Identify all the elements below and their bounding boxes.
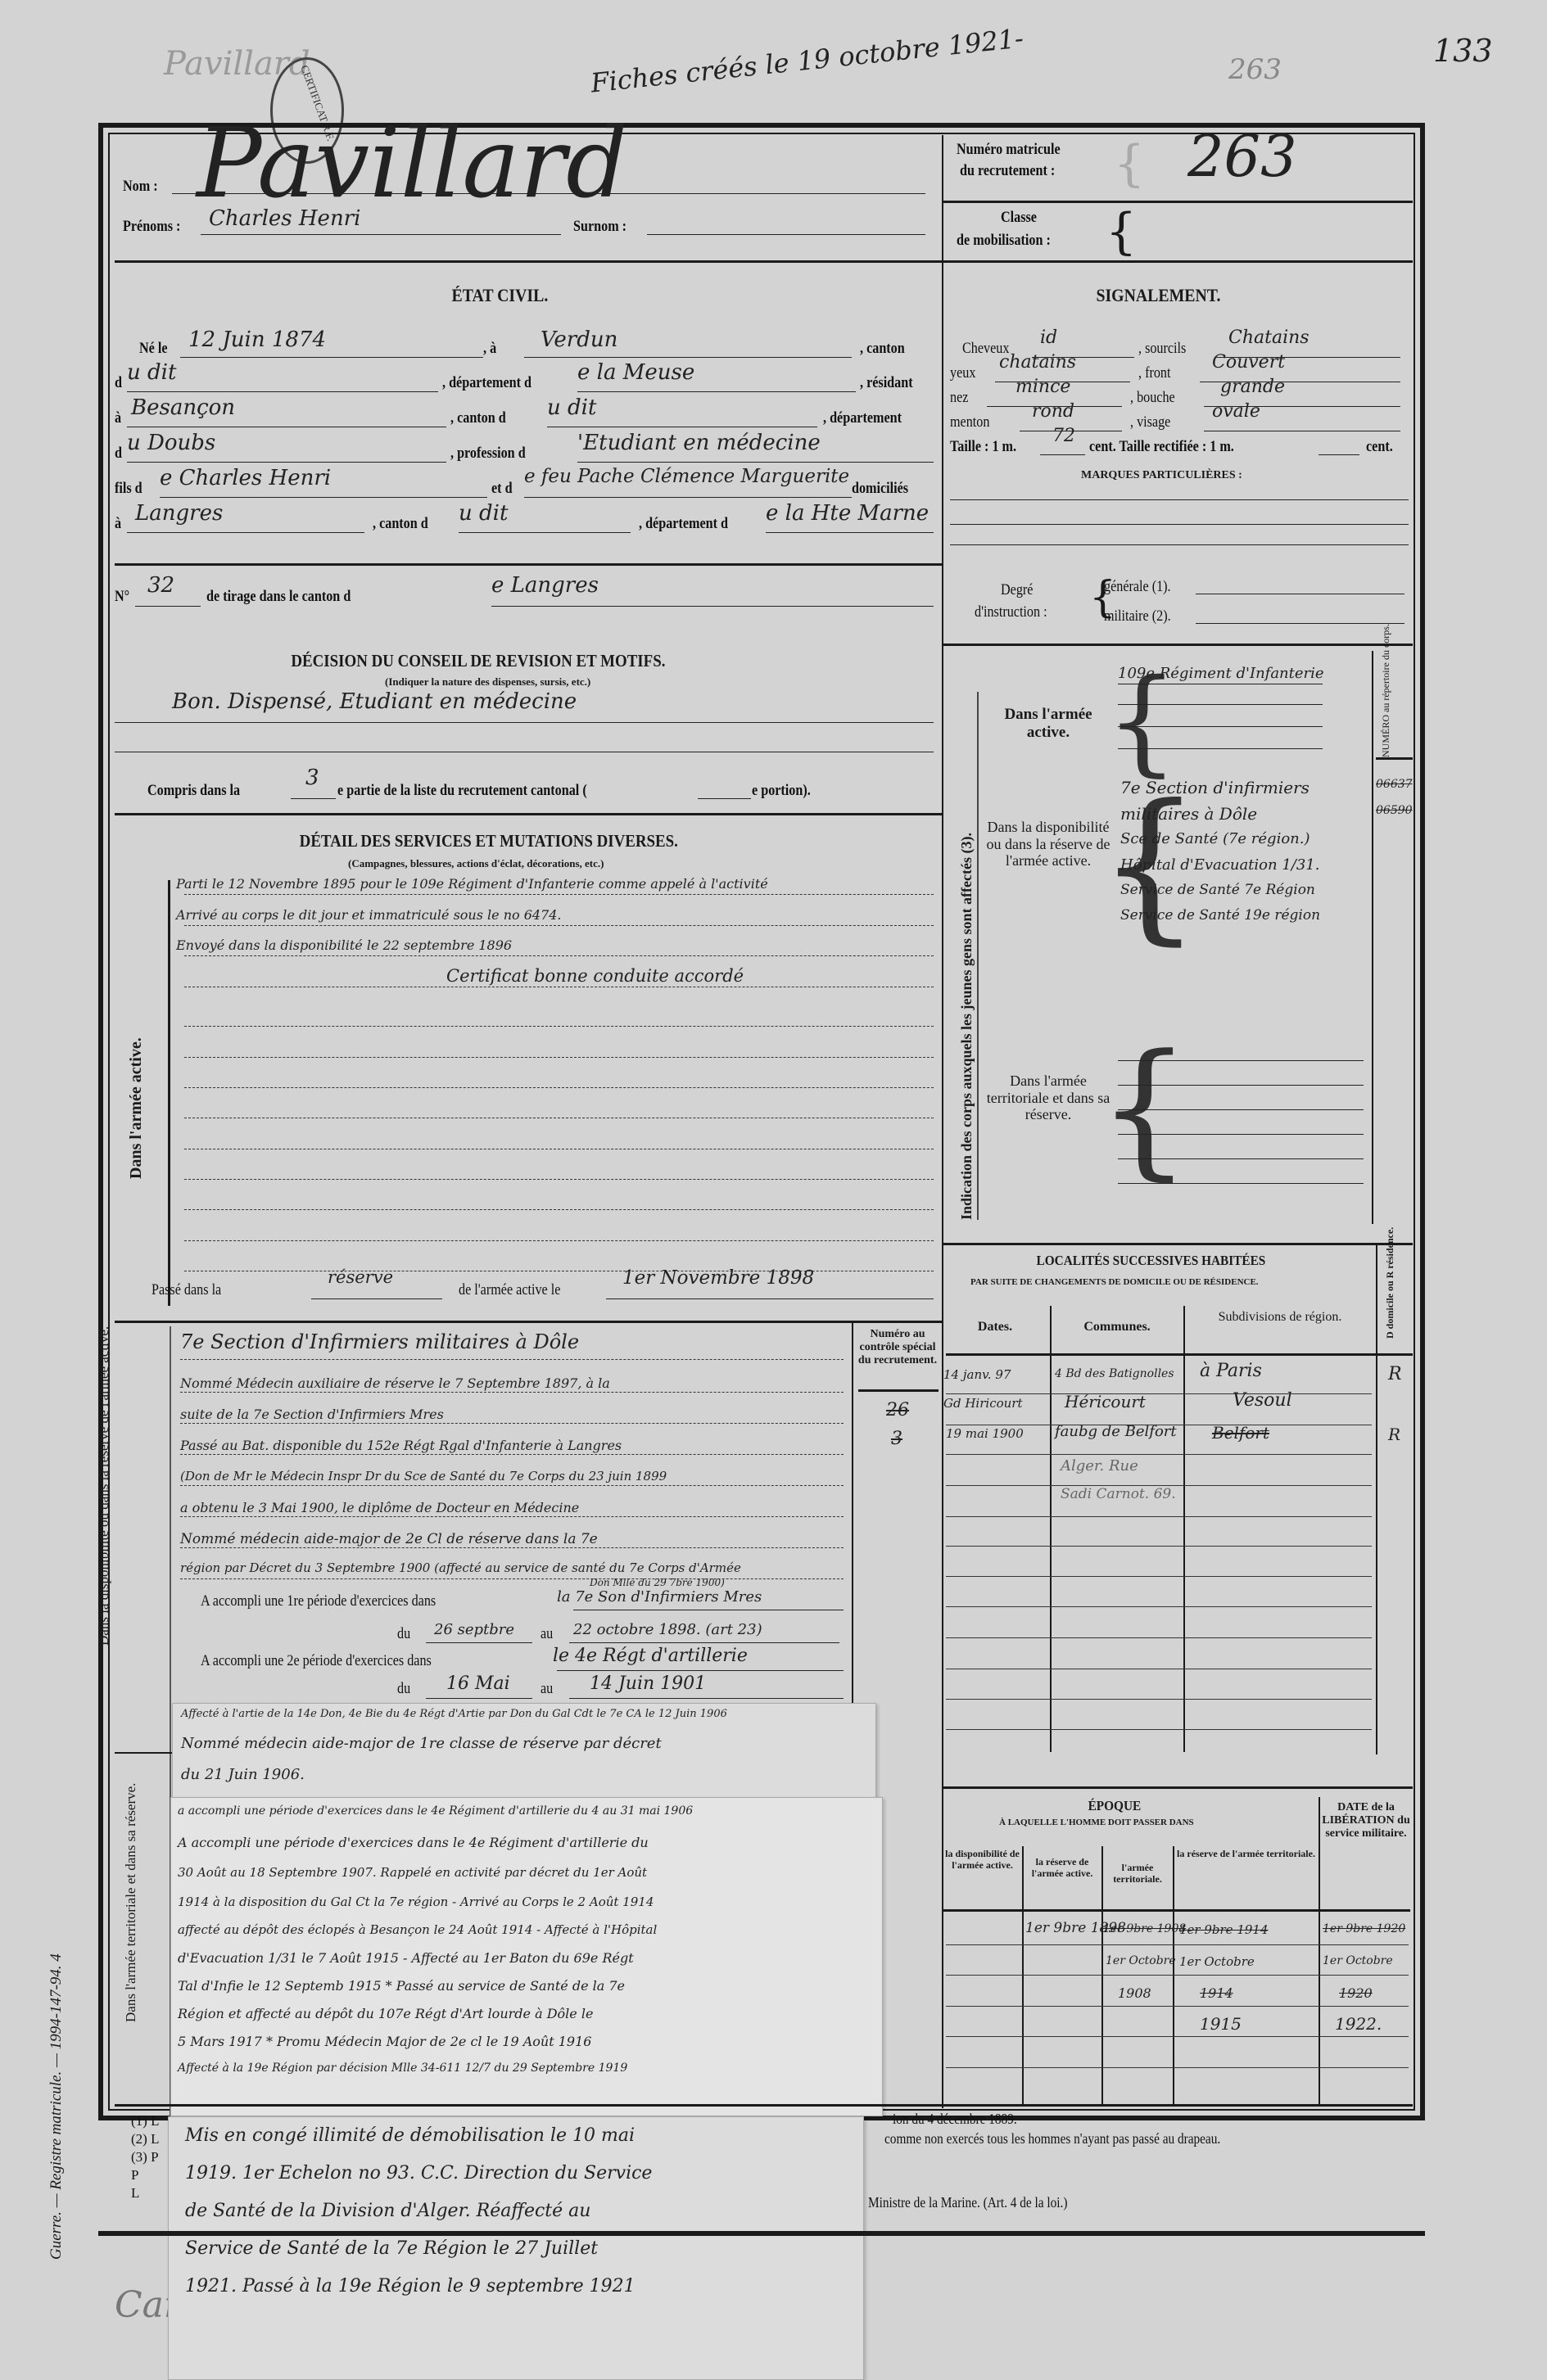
periode2-au-field[interactable] bbox=[569, 1698, 844, 1699]
footnote-2: comme non exercés tous les hommes n'ayan… bbox=[884, 2130, 1220, 2147]
active-entry: Certificat bonne conduite accordé bbox=[446, 966, 744, 986]
taille-cent2-label: cent. bbox=[1366, 438, 1393, 456]
marques-line-2[interactable] bbox=[950, 524, 1409, 525]
signalement-title: SIGNALEMENT. bbox=[1096, 285, 1220, 306]
tirage-label: de tirage dans le canton d bbox=[206, 588, 351, 606]
generale-field[interactable] bbox=[1196, 594, 1405, 594]
domicilies-label: domiciliés bbox=[852, 480, 908, 498]
localites-title: LOCALITÉS SUCCESSIVES HABITÉES bbox=[1037, 1253, 1266, 1269]
militaire-label: militaire (2). bbox=[1104, 607, 1171, 625]
row-commune: 4 Bd des Batignolles bbox=[1055, 1367, 1174, 1380]
dispo-number: 06590 bbox=[1376, 804, 1413, 817]
compris-field[interactable] bbox=[291, 798, 336, 799]
visage-value: ovale bbox=[1212, 401, 1260, 422]
canton3-value: u dit bbox=[459, 501, 508, 526]
divider bbox=[115, 813, 942, 815]
departement3-value: e la Hte Marne bbox=[766, 501, 929, 526]
dispo-value: 7e Section d'infirmiers bbox=[1120, 778, 1310, 797]
departement-value: e la Meuse bbox=[577, 360, 694, 385]
marques-line-1[interactable] bbox=[950, 499, 1409, 500]
periode2-field[interactable] bbox=[557, 1670, 844, 1671]
footnote-divider bbox=[115, 2104, 1413, 2107]
footnote-3: Ministre de la Marine. (Art. 4 de la loi… bbox=[868, 2194, 1067, 2211]
residence-field[interactable] bbox=[127, 427, 446, 427]
compris-label-1: Compris dans la bbox=[147, 782, 240, 800]
divider bbox=[943, 1909, 1410, 1912]
numero-controle-header: Numéro au contrôle spécial du recrutemen… bbox=[853, 1328, 942, 1367]
bouche-label: , bouche bbox=[1130, 389, 1175, 407]
localites-subtitle: PAR SUITE DE CHANGEMENTS DE DOMICILE OU … bbox=[970, 1277, 1259, 1287]
pasted-slip-3: Mis en congé illimité de démobilisation … bbox=[168, 2116, 864, 2380]
col-communes: Communes. bbox=[1052, 1320, 1182, 1335]
col-dates: Dates. bbox=[942, 1320, 1048, 1335]
mother-field[interactable] bbox=[524, 497, 852, 498]
row-commune: Sadi Carnot. 69. bbox=[1061, 1486, 1176, 1502]
col-reserve-territoriale: la réserve de l'armée territoriale. bbox=[1174, 1849, 1318, 1860]
divider bbox=[942, 1786, 1413, 1789]
affectations-vertical-title: Indication des corps auxquels les jeunes… bbox=[958, 833, 975, 1220]
bottom-border bbox=[98, 2231, 1425, 2236]
divider bbox=[942, 644, 1413, 646]
residant-label: , résidant bbox=[860, 374, 913, 392]
bouche-value: grande bbox=[1220, 377, 1285, 397]
menton-value: rond bbox=[1032, 401, 1074, 422]
matricule-label-2: du recrutement : bbox=[960, 162, 1055, 180]
dispo-value: Service de Santé 7e Région bbox=[1120, 882, 1315, 898]
militaire-field[interactable] bbox=[1196, 623, 1405, 624]
passe-date: 1er Novembre 1898 bbox=[622, 1267, 814, 1289]
taille-label: Taille : 1 m. bbox=[950, 438, 1016, 456]
slip-entry: Affecté à la 19e Région par décision Mll… bbox=[178, 2062, 627, 2075]
taille-rectifiee-field[interactable] bbox=[1319, 454, 1359, 455]
front-value: Couvert bbox=[1212, 352, 1285, 373]
departement-label: , département d bbox=[442, 374, 531, 392]
passe-field[interactable] bbox=[311, 1298, 442, 1299]
reserve-entry: Passé au Bat. disponible du 152e Régt Rg… bbox=[180, 1438, 622, 1453]
active-label: Dans l'armée active. bbox=[983, 706, 1114, 742]
reserve-entry: (Don de Mr le Médecin Inspr Dr du Sce de… bbox=[180, 1469, 667, 1484]
active-entry: Parti le 12 Novembre 1895 pour le 109e R… bbox=[176, 876, 768, 892]
services-subtitle: (Campagnes, blessures, actions d'éclat, … bbox=[348, 857, 604, 870]
tirage-no-label: N° bbox=[115, 588, 129, 606]
divider bbox=[858, 1389, 939, 1392]
epoque-cell: 1er 9bre 1914 bbox=[1179, 1922, 1269, 1937]
periode2-du-label: du bbox=[397, 1680, 410, 1698]
faint-number-annotation: 263 bbox=[1228, 53, 1282, 86]
row-dr: R bbox=[1388, 1425, 1400, 1444]
nez-label: nez bbox=[950, 389, 968, 407]
periode1-au-label: au bbox=[541, 1625, 553, 1643]
reserve-entry: suite de la 7e Section d'Infirmiers Mres bbox=[180, 1407, 444, 1422]
passe-value: réserve bbox=[328, 1267, 393, 1287]
active-side-label: Dans l'armée active. bbox=[127, 1037, 146, 1179]
col-dr: D domicile ou R résidence. bbox=[1384, 1249, 1396, 1339]
visage-field[interactable] bbox=[1204, 431, 1400, 431]
periode1-du-field[interactable] bbox=[426, 1642, 532, 1643]
header-divider bbox=[115, 260, 1413, 263]
register-page: Pavillard CERTIFICAT R.F. Fiches créés l… bbox=[0, 0, 1547, 2380]
compris-label-2: e partie de la liste du recrutement cant… bbox=[337, 782, 587, 800]
prenoms-value: Charles Henri bbox=[209, 206, 360, 231]
tirage-no-field[interactable] bbox=[135, 606, 201, 607]
cheveux-value: id bbox=[1040, 327, 1057, 348]
slip-entry: du 21 Juin 1906. bbox=[181, 1766, 305, 1783]
mother-value: e feu Pache Clémence Marguerite bbox=[524, 466, 849, 487]
slip-entry: Tal d'Infie le 12 Septemb 1915 * Passé a… bbox=[178, 1978, 625, 1994]
ne-le-value: 12 Juin 1874 bbox=[188, 327, 326, 352]
prenoms-field[interactable] bbox=[201, 234, 561, 235]
decision-title: DÉCISION DU CONSEIL DE REVISION ET MOTIF… bbox=[291, 651, 665, 671]
compris-label-3: e portion). bbox=[752, 782, 811, 800]
residant-a-label: à bbox=[115, 409, 121, 427]
slip-entry: Service de Santé de la 7e Région le 27 J… bbox=[185, 2238, 598, 2259]
col-reserve-active: la réserve de l'armée active. bbox=[1024, 1857, 1101, 1880]
periode2-label: A accompli une 2e période d'exercices da… bbox=[201, 1652, 432, 1670]
fiches-annotation: Fiches créés le 19 octobre 1921- bbox=[589, 22, 1025, 98]
periode2-du-field[interactable] bbox=[426, 1698, 532, 1699]
generale-label: générale (1). bbox=[1104, 578, 1171, 596]
slip-entry: 5 Mars 1917 * Promu Médecin Major de 2e … bbox=[178, 2034, 591, 2049]
reserve-entry: Nommé médecin aide-major de 2e Cl de rés… bbox=[180, 1531, 598, 1547]
row-commune: Alger. Rue bbox=[1061, 1457, 1138, 1475]
numero-controle-value: 3 bbox=[891, 1429, 902, 1449]
brace-icon: { bbox=[1114, 135, 1145, 192]
footnote-mark: (2) L bbox=[131, 2130, 159, 2148]
epoque-title: ÉPOQUE bbox=[1088, 1798, 1142, 1814]
slip-entry: Mis en congé illimité de démobilisation … bbox=[185, 2125, 635, 2146]
bracket bbox=[168, 880, 170, 1306]
yeux-value: chatains bbox=[999, 352, 1076, 373]
periode1-au-value: 22 octobre 1898. (art 23) bbox=[573, 1621, 762, 1638]
epoque-cell: 1er 9bre 1908 bbox=[1103, 1922, 1186, 1935]
a-label: , à bbox=[483, 340, 496, 358]
dispo-value: Hôpital d'Evacuation 1/31. bbox=[1120, 856, 1319, 874]
reserve-side-label: Dans la disponibilité ou dans la réserve… bbox=[94, 1326, 114, 1646]
departement3-label: , département d bbox=[639, 515, 728, 533]
departement2-prefix: d bbox=[115, 445, 122, 463]
footnote-mark: P bbox=[131, 2166, 159, 2184]
active-entry: Arrivé au corps le dit jour et immatricu… bbox=[176, 907, 562, 923]
surnom-field[interactable] bbox=[647, 234, 925, 235]
sourcils-label: , sourcils bbox=[1138, 340, 1186, 358]
epoque-cell: 1er Octobre bbox=[1106, 1954, 1176, 1967]
periode2-au-value: 14 Juin 1901 bbox=[590, 1673, 706, 1694]
matricule-label-1: Numéro matricule bbox=[957, 141, 1061, 159]
profession-label: , profession d bbox=[450, 445, 526, 463]
canton-field[interactable] bbox=[127, 391, 438, 392]
column-divider bbox=[942, 135, 943, 2108]
slip-entry: affecté au dépôt des éclopés à Besançon … bbox=[178, 1922, 657, 1937]
epoque-cell: 1er 9bre 1920 bbox=[1323, 1922, 1405, 1935]
col-territoriale: l'armée territoriale. bbox=[1103, 1863, 1172, 1885]
liberation-header: DATE de la LIBÉRATION du service militai… bbox=[1320, 1801, 1412, 1840]
father-value: e Charles Henri bbox=[160, 466, 331, 490]
domicile-field[interactable] bbox=[127, 532, 364, 533]
marques-line-3[interactable] bbox=[950, 544, 1409, 545]
passe-label-2: de l'armée active le bbox=[459, 1281, 560, 1299]
footnote-marks: (1) L (2) L (3) P P L bbox=[131, 2112, 159, 2202]
row-date: Gd Hiricourt bbox=[943, 1396, 1023, 1411]
divider bbox=[115, 1321, 942, 1323]
nom-value: Pavillard bbox=[197, 106, 628, 219]
classe-label-1: Classe bbox=[1001, 209, 1037, 227]
divider bbox=[1376, 757, 1413, 760]
register-reference: Guerre. — Registre matricule. — 1994-147… bbox=[47, 1953, 66, 2260]
slip-entry: 30 Août au 18 Septembre 1907. Rappelé en… bbox=[178, 1865, 647, 1880]
etat-civil-title: ÉTAT CIVIL. bbox=[452, 285, 549, 306]
et-label: et d bbox=[491, 480, 513, 498]
territoriale-label: Dans l'armée territoriale et dans sa rés… bbox=[983, 1073, 1114, 1123]
passe-label-1: Passé dans la bbox=[152, 1281, 221, 1299]
reserve-entry: a obtenu le 3 Mai 1900, le diplôme de Do… bbox=[180, 1500, 579, 1515]
slip-entry: Nommé médecin aide-major de 1re classe d… bbox=[181, 1735, 662, 1752]
epoque-cell: 1914 bbox=[1200, 1985, 1233, 2001]
periode2-value: le 4e Régt d'artillerie bbox=[553, 1646, 748, 1666]
matricule-value: 263 bbox=[1187, 123, 1297, 190]
canton2-label: , canton d bbox=[450, 409, 506, 427]
slip-entry: d'Evacuation 1/31 le 7 Août 1915 - Affec… bbox=[178, 1950, 634, 1966]
canton2-value: u dit bbox=[547, 395, 596, 420]
footnote-1: ion du 4 décembre 1889. bbox=[893, 2111, 1017, 2128]
canton3-label: , canton d bbox=[373, 515, 428, 533]
canton-label: , canton bbox=[860, 340, 905, 358]
divider bbox=[115, 563, 942, 566]
row-commune: Héricourt bbox=[1065, 1392, 1146, 1411]
numero-divider bbox=[1372, 651, 1373, 1224]
ne-le-field[interactable] bbox=[180, 357, 483, 358]
periode1-field[interactable] bbox=[573, 1610, 844, 1610]
epoque-cell: 1908 bbox=[1118, 1985, 1151, 2001]
departement2-value: u Doubs bbox=[127, 431, 215, 455]
epoque-cell: 1922. bbox=[1335, 2014, 1382, 2034]
dispo-value: Service de Santé 19e région bbox=[1120, 907, 1320, 924]
decision-line-1[interactable] bbox=[115, 722, 934, 723]
page-number: 133 bbox=[1433, 33, 1493, 69]
front-label: , front bbox=[1138, 364, 1170, 382]
decision-value: Bon. Dispensé, Etudiant en médecine bbox=[172, 689, 577, 714]
brace-icon: { bbox=[1106, 203, 1137, 260]
periode2-du-value: 16 Mai bbox=[446, 1673, 510, 1694]
footnote-mark: (3) P bbox=[131, 2148, 159, 2166]
territoriale-side-label: Dans l'armée territoriale et dans sa rés… bbox=[123, 1801, 139, 2022]
periode1-label: A accompli une 1re période d'exercices d… bbox=[201, 1592, 436, 1610]
father-field[interactable] bbox=[160, 497, 487, 498]
dispo-label: Dans la disponibilité ou dans la réserve… bbox=[983, 819, 1114, 869]
numero-controle-value: 26 bbox=[886, 1400, 909, 1420]
row-subdivision: à Paris bbox=[1200, 1361, 1262, 1381]
epoque-cell: 1915 bbox=[1200, 2014, 1242, 2034]
epoque-cell: 1er Octobre bbox=[1179, 1954, 1255, 1969]
degre-label-1: Degré bbox=[1001, 581, 1033, 599]
active-corps-value: 109e Régiment d'Infanterie bbox=[1118, 665, 1324, 682]
prenoms-label: Prénoms : bbox=[123, 218, 180, 236]
birthplace-value: Verdun bbox=[541, 327, 617, 352]
visage-label: , visage bbox=[1130, 413, 1170, 431]
residence-value: Besançon bbox=[131, 395, 235, 420]
nom-label: Nom : bbox=[123, 178, 158, 196]
domicile-value: Langres bbox=[135, 501, 223, 526]
divider bbox=[115, 1752, 172, 1754]
decision-subtitle: (Indiquer la nature des dispenses, sursi… bbox=[385, 675, 590, 689]
slip-entry: 1914 à la disposition du Gal Ct la 7e ré… bbox=[178, 1895, 654, 1909]
profession-field[interactable] bbox=[577, 462, 934, 463]
departement2-field[interactable] bbox=[127, 462, 446, 463]
pasted-slip-2: a accompli une période d'exercices dans … bbox=[170, 1797, 883, 2116]
slip-entry: de Santé de la Division d'Alger. Réaffec… bbox=[185, 2201, 590, 2221]
slip-entry: Région et affecté au dépôt du 107e Régt … bbox=[178, 2006, 593, 2021]
departement2-label: , département bbox=[823, 409, 902, 427]
col-disponibilite: la disponibilité de l'armée active. bbox=[943, 1849, 1021, 1872]
taille-value: 72 bbox=[1052, 426, 1075, 446]
periode1-value: la 7e Son d'Infirmiers Mres bbox=[557, 1588, 762, 1605]
taille-cent-label: cent. Taille rectifiée : 1 m. bbox=[1089, 438, 1234, 456]
canton3-field[interactable] bbox=[459, 532, 631, 533]
birthplace-field[interactable] bbox=[524, 357, 852, 358]
nom-field[interactable] bbox=[172, 193, 925, 194]
periode1-du-label: du bbox=[397, 1625, 410, 1643]
col-subdivisions: Subdivisions de région. bbox=[1186, 1310, 1374, 1325]
portion-field[interactable] bbox=[698, 798, 751, 799]
tirage-no-value: 32 bbox=[147, 573, 174, 598]
marques-label: MARQUES PARTICULIÈRES : bbox=[1081, 469, 1242, 482]
reserve-entry: Nommé Médecin auxiliaire de réserve le 7… bbox=[180, 1375, 610, 1391]
row-subdivision: Belfort bbox=[1212, 1423, 1269, 1443]
taille-field[interactable] bbox=[1040, 454, 1085, 455]
epoque-subtitle: À LAQUELLE L'HOMME DOIT PASSER DANS bbox=[999, 1818, 1194, 1827]
periode1-du-value: 26 septbre bbox=[434, 1621, 514, 1638]
sourcils-value: Chatains bbox=[1228, 327, 1310, 348]
divider bbox=[946, 1353, 1413, 1356]
pasted-slip-1: Affecté à l'artie de la 14e Don, 4e Bie … bbox=[172, 1703, 876, 1801]
nez-value: mince bbox=[1016, 377, 1070, 397]
dispo-value: Sce de Santé (7e région.) bbox=[1120, 830, 1310, 847]
services-title: DÉTAIL DES SERVICES ET MUTATIONS DIVERSE… bbox=[300, 831, 678, 851]
divider bbox=[942, 1243, 1413, 1245]
reserve-entry: région par Décret du 3 Septembre 1900 (a… bbox=[180, 1560, 741, 1575]
slip-entry: a accompli une période d'exercices dans … bbox=[178, 1804, 693, 1818]
dr-divider bbox=[1376, 1243, 1377, 1755]
slip-entry: Affecté à l'artie de la 14e Don, 4e Bie … bbox=[181, 1708, 727, 1720]
bracket bbox=[977, 692, 979, 1220]
du-label: d bbox=[115, 374, 122, 392]
row-date: 14 janv. 97 bbox=[943, 1367, 1011, 1382]
divider bbox=[942, 201, 1413, 203]
yeux-label: yeux bbox=[950, 364, 975, 382]
tirage-canton-value: e Langres bbox=[491, 573, 599, 598]
fils-label: fils d bbox=[115, 480, 142, 498]
footnote-mark: (1) L bbox=[131, 2112, 159, 2130]
domicile-a-label: à bbox=[115, 515, 121, 533]
surnom-label: Surnom : bbox=[573, 218, 626, 236]
tirage-canton-field[interactable] bbox=[491, 606, 934, 607]
slip-entry: 1921. Passé à la 19e Région le 9 septemb… bbox=[185, 2276, 636, 2296]
numero-controle-divider bbox=[852, 1322, 853, 1748]
profession-value: 'Etudiant en médecine bbox=[577, 431, 821, 455]
ne-le-label: Né le bbox=[139, 340, 168, 358]
row-commune: faubg de Belfort bbox=[1055, 1423, 1177, 1440]
periode2-au-label: au bbox=[541, 1680, 553, 1698]
epoque-cell: 1er Octobre bbox=[1323, 1954, 1393, 1967]
slip-entry: 1919. 1er Echelon no 93. C.C. Direction … bbox=[185, 2163, 652, 2184]
degre-label-2: d'instruction : bbox=[975, 603, 1047, 621]
dispo-value: militaires à Dôle bbox=[1120, 804, 1257, 824]
footnote-mark: L bbox=[131, 2184, 159, 2202]
periode1-au-field[interactable] bbox=[569, 1642, 839, 1643]
compris-value: 3 bbox=[305, 765, 319, 790]
menton-label: menton bbox=[950, 413, 989, 431]
epoque-cell: 1920 bbox=[1339, 1985, 1373, 2001]
row-date: 19 mai 1900 bbox=[946, 1426, 1024, 1441]
numero-header: NUMÉRO au répertoire du corps. bbox=[1380, 651, 1392, 757]
departement3-field[interactable] bbox=[766, 532, 934, 533]
passe-date-field[interactable] bbox=[606, 1298, 934, 1299]
row-dr: R bbox=[1388, 1364, 1402, 1384]
decision-line-2[interactable] bbox=[115, 752, 934, 752]
dispo-number: 06637 bbox=[1376, 778, 1413, 791]
canton2-field[interactable] bbox=[547, 427, 817, 427]
departement-field[interactable] bbox=[577, 391, 856, 392]
active-entry: Envoyé dans la disponibilité le 22 septe… bbox=[176, 937, 512, 953]
reserve-entry: 7e Section d'Infirmiers militaires à Dôl… bbox=[180, 1330, 579, 1353]
slip-entry: A accompli une période d'exercices dans … bbox=[178, 1835, 649, 1850]
classe-label-2: de mobilisation : bbox=[957, 232, 1051, 250]
canton-value: u dit bbox=[127, 360, 176, 385]
